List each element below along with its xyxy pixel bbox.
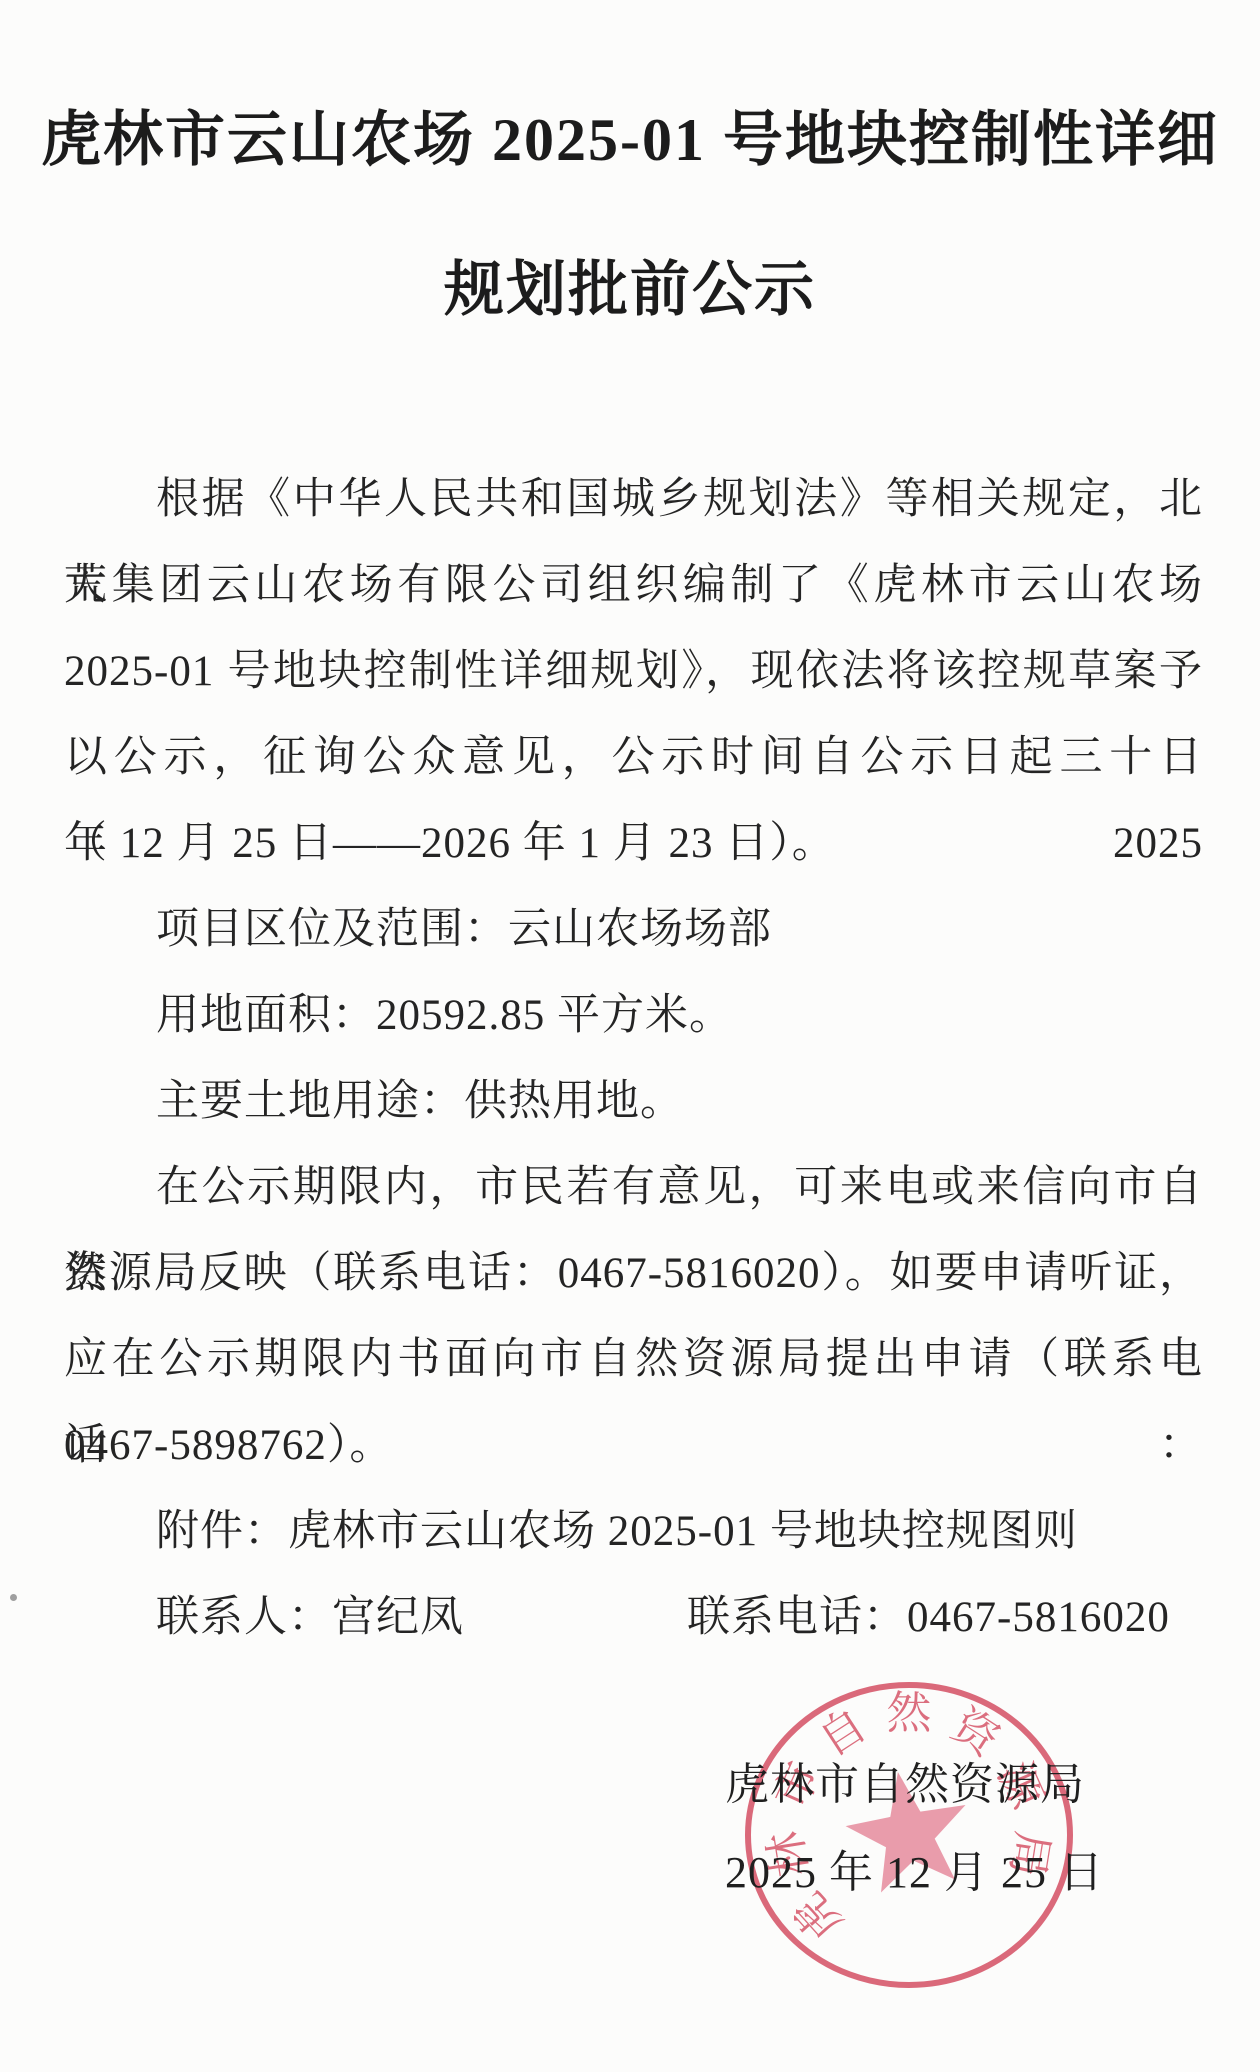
body-paragraphs: 根据《中华人民共和国城乡规划法》等相关规定，北大 荒集团云山农场有限公司组织编制…: [64, 457, 1203, 1661]
scan-artifact-dot: [10, 1594, 17, 1601]
body-line: 2025-01 号地块控制性详细规划》，现依法将该控规草案予: [64, 629, 1203, 715]
body-line: 根据《中华人民共和国城乡规划法》等相关规定，北大: [64, 457, 1203, 543]
body-line: 荒集团云山农场有限公司组织编制了《虎林市云山农场: [64, 543, 1203, 629]
body-line: 主要土地用途：供热用地。: [64, 1059, 1203, 1145]
seal-ring-char: 然: [886, 1688, 932, 1738]
official-seal: 虎 林 市 自 然 资 源 局: [734, 1670, 1084, 2000]
seal-graphic: 虎 林 市 自 然 资 源 局: [734, 1670, 1084, 2000]
body-line: 以公示，征询公众意见，公示时间自公示日起三十日（2025: [64, 715, 1203, 801]
doc-title-line1: 虎林市云山农场 2025-01 号地块控制性详细: [0, 92, 1260, 178]
signature-org: 虎林市自然资源局: [725, 1748, 1085, 1812]
contact-phone: 联系电话：0467-5816020: [687, 1575, 1170, 1661]
body-line: 用地面积：20592.85 平方米。: [64, 973, 1203, 1059]
body-line: 应在公示期限内书面向市自然资源局提出申请（联系电话：: [64, 1317, 1203, 1403]
body-line: 附件：虎林市云山农场 2025-01 号地块控规图则: [64, 1489, 1203, 1575]
body-line: 项目区位及范围：云山农场场部: [64, 887, 1203, 973]
signature-date: 2025 年 12 月 25 日: [725, 1836, 1104, 1900]
scanned-notice-page: 虎林市云山农场 2025-01 号地块控制性详细 规划批前公示 根据《中华人民共…: [0, 0, 1260, 2072]
doc-title-line2: 规划批前公示: [0, 242, 1260, 328]
body-line: 资源局反映（联系电话：0467-5816020）。如要申请听证，: [64, 1231, 1203, 1317]
contact-person: 联系人：宫纪凤: [156, 1575, 464, 1661]
body-line: 在公示期限内，市民若有意见，可来电或来信向市自然: [64, 1145, 1203, 1231]
contact-line: 联系人：宫纪凤 联系电话：0467-5816020: [64, 1575, 1203, 1661]
